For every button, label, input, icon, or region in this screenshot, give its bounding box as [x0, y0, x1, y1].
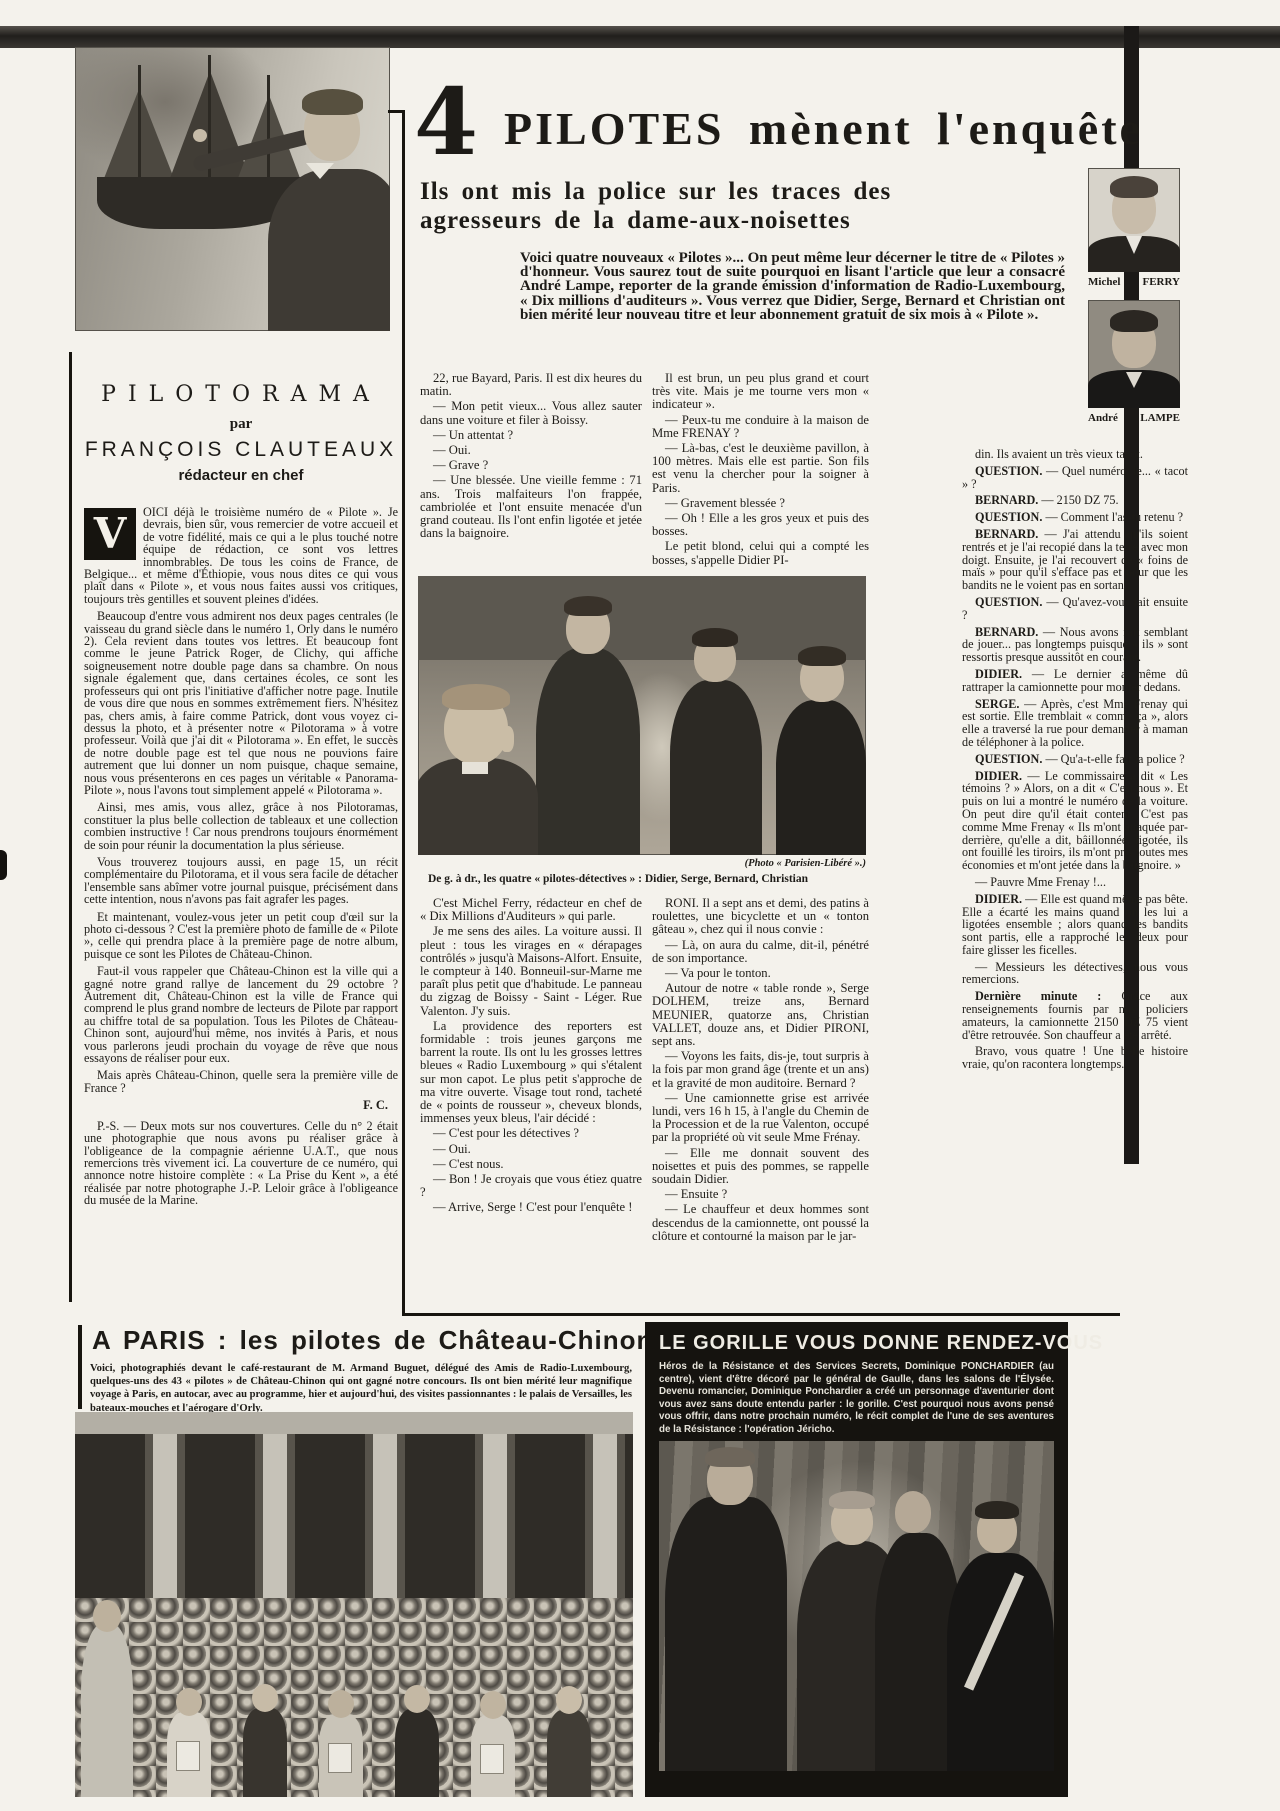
officer-figure — [947, 1553, 1054, 1771]
paragraph: — C'est pour les détectives ? — [420, 1127, 642, 1140]
article-subhead-line2: agresseurs de la dame-aux-noisettes — [420, 207, 851, 235]
hedge-band — [418, 576, 866, 660]
boy-hand — [193, 129, 207, 142]
paragraph: RONI. Il a sept ans et demi, des patins … — [652, 897, 869, 937]
speech-text: — Comment l'as-tu retenu ? — [1042, 510, 1183, 524]
andre-lampe-photo — [1088, 300, 1180, 408]
paragraph: — Ensuite ? — [652, 1188, 869, 1201]
boy-collar — [462, 762, 488, 774]
paragraph: — Arrive, Serge ! C'est pour l'enquête ! — [420, 1201, 642, 1214]
paragraph: — C'est nous. — [420, 1158, 642, 1171]
article-headline: 4 PILOTES mènent l'enquête — [414, 84, 1143, 160]
portrait-first-name: Michel — [1088, 276, 1120, 289]
boy-figure — [268, 169, 390, 331]
paragraph: — Mon petit vieux... Vous allez sauter d… — [420, 400, 642, 426]
speech-text: — Qu'a-t-elle fait la police ? — [1042, 752, 1184, 766]
paragraph: — Va pour le tonton. — [652, 967, 869, 980]
article-intro: Voici quatre nouveaux « Pilotes »... On … — [520, 251, 1065, 322]
degaulle-figure — [665, 1497, 787, 1771]
paragraph: — Oui. — [420, 444, 642, 457]
magazine — [177, 1742, 199, 1770]
paragraph: — Voyons les faits, dis-je, tout surpris… — [652, 1050, 869, 1090]
byline-prefix: par — [84, 416, 398, 433]
ponchardier-hair — [829, 1491, 875, 1509]
portrait-michel-ferry: Michel FERRY — [1088, 168, 1180, 289]
child-head — [328, 1690, 354, 1718]
boy-figure — [776, 700, 866, 855]
four-pilot-detectives-photo — [418, 576, 866, 855]
left-column-rule — [69, 352, 72, 1302]
paragraph: — Une camionnette grise est arrivée lund… — [652, 1092, 869, 1145]
qa-paragraph: QUESTION. — Quel numéro, le... « tacot »… — [962, 465, 1188, 491]
child-head — [480, 1691, 506, 1719]
article-interview-column: din. Ils avaient un très vieux tacot. QU… — [962, 448, 1188, 1075]
signature: F. C. — [84, 1099, 388, 1111]
boy-with-model-ship-photo — [75, 47, 390, 331]
article-column-b-bottom: RONI. Il a sept ans et demi, des patins … — [652, 897, 869, 1245]
postscript-paragraph: P.-S. — Deux mots sur nos couvertures. C… — [84, 1120, 398, 1207]
child-head — [252, 1684, 278, 1712]
gorille-caption: Héros de la Résistance et des Services S… — [659, 1361, 1054, 1437]
photo-credit: (Photo « Parisien-Libéré ».) — [610, 858, 866, 870]
qa-paragraph: DIDIER. — Le commissaire a dit « Les tém… — [962, 770, 1188, 872]
ship-mast — [267, 75, 270, 183]
paragraph: — Grave ? — [420, 459, 642, 472]
qa-paragraph: BERNARD. — 2150 DZ 75. — [962, 494, 1188, 507]
boy-hair-didier — [442, 684, 510, 710]
speaker-name: QUESTION. — [975, 595, 1042, 609]
child-figure — [243, 1708, 287, 1797]
paragraph: Vous trouverez toujours aussi, en page 1… — [84, 856, 398, 906]
qa-paragraph: QUESTION. — Comment l'as-tu retenu ? — [962, 511, 1188, 524]
portrait-caption: André LAMPE — [1088, 412, 1180, 425]
portrait-last-name: FERRY — [1142, 276, 1180, 289]
qa-paragraph: BERNARD. — Nous avons fait semblant de j… — [962, 626, 1188, 664]
magazine — [481, 1745, 503, 1773]
speaker-name: QUESTION. — [975, 752, 1042, 766]
paragraph: C'est Michel Ferry, rédacteur en chef de… — [420, 897, 642, 923]
pilotorama-paragraphs: Beaucoup d'entre vous admirent nos deux … — [84, 610, 398, 1094]
portrait-first-name: André — [1088, 412, 1118, 425]
magazine — [329, 1744, 351, 1772]
michel-ferry-photo — [1088, 168, 1180, 272]
paragraph: — Une blessée. Une vieille femme : 71 an… — [420, 474, 642, 540]
qa-paragraph: DIDIER. — Elle est quand même pas bête. … — [962, 893, 1188, 957]
paragraph: 22, rue Bayard, Paris. Il est dix heures… — [420, 372, 642, 398]
paragraph: — Le chauffeur et deux hommes sont desce… — [652, 1203, 869, 1243]
paragraph: — Oh ! Elle a les gros yeux et puis des … — [652, 512, 869, 538]
article-subhead-line1: Ils ont mis la police sur les traces des — [420, 178, 891, 206]
scan-edge-top — [0, 26, 1280, 48]
paragraph: — Là, on aura du calme, dit-il, pénétré … — [652, 939, 869, 965]
portrait-caption: Michel FERRY — [1088, 276, 1180, 289]
gorille-announcement-box: LE GORILLE VOUS DONNE RENDEZ-VOUS Héros … — [645, 1322, 1068, 1797]
photo-caption: De g. à dr., les quatre « pilotes-détect… — [428, 873, 868, 886]
paragraph: — Bon ! Je croyais que vous étiez quatre… — [420, 1173, 642, 1199]
qa-paragraph: SERGE. — Après, c'est Mme Frenay qui est… — [962, 698, 1188, 749]
boy-hair — [564, 596, 612, 616]
article-box-left-border — [402, 112, 405, 1316]
qa-paragraph: — Pauvre Mme Frenay !... — [962, 876, 1188, 889]
pilotorama-header: PILOTORAMA par FRANÇOIS CLAUTEAUX rédact… — [84, 382, 398, 484]
gorille-ceremony-photo — [659, 1441, 1054, 1771]
paragraph: Mais après Château-Chinon, quelle sera l… — [84, 1069, 398, 1094]
article-column-a-bottom: C'est Michel Ferry, rédacteur en chef de… — [420, 897, 642, 1217]
speech-text: — 2150 DZ 75. — [1038, 493, 1118, 507]
paragraph: — Gravement blessée ? — [652, 497, 869, 510]
article-column-b-top: Il est brun, un peu plus grand et court … — [652, 372, 869, 569]
chateau-chinon-group-photo — [75, 1412, 633, 1797]
qa-paragraph: Dernière minute : Grâce aux renseignemen… — [962, 990, 1188, 1041]
child-head — [176, 1688, 202, 1716]
speech-text: — Pauvre Mme Frenay !... — [975, 875, 1106, 889]
pilotorama-body: VOICI déjà le troisième numéro de « Pilo… — [84, 506, 398, 1212]
qa-paragraph: — Messieurs les détectives, nous vous re… — [962, 961, 1188, 987]
boy-hair — [692, 628, 738, 647]
bottom-left-rule — [78, 1325, 82, 1409]
dropcap-v: V — [84, 508, 136, 560]
child-figure — [547, 1710, 591, 1797]
portrait-last-name: LAMPE — [1140, 412, 1180, 425]
author-name: FRANÇOIS CLAUTEAUX — [84, 438, 398, 462]
paragraph: — Peux-tu me conduire à la maison de Mme… — [652, 414, 869, 440]
speech-text: din. Ils avaient un très vieux tacot. — [975, 447, 1143, 461]
speech-text: Bravo, vous quatre ! Une belle histoire … — [962, 1044, 1188, 1071]
speaker-name: QUESTION. — [975, 464, 1042, 478]
storefront-sign-band — [75, 1412, 633, 1434]
degaulle-hair — [705, 1447, 755, 1467]
article-box-top-tick — [388, 110, 405, 113]
qa-paragraph: din. Ils avaient un très vieux tacot. — [962, 448, 1188, 461]
gorille-title: LE GORILLE VOUS DONNE RENDEZ-VOUS — [645, 1322, 1068, 1357]
qa-paragraph: BERNARD. — J'ai attendu qu'ils soient re… — [962, 528, 1188, 592]
speech-text: — Messieurs les détectives, nous vous re… — [962, 960, 1188, 987]
paragraph: La providence des reporters est formidab… — [420, 1020, 642, 1126]
paragraph: Je me sens des ailes. La voiture aussi. … — [420, 925, 642, 1017]
child-head — [556, 1686, 582, 1714]
paragraph: Faut-il vous rappeler que Château-Chinon… — [84, 965, 398, 1064]
boy-hair — [302, 89, 363, 115]
speaker-name: QUESTION. — [975, 510, 1042, 524]
lead-paragraph: VOICI déjà le troisième numéro de « Pilo… — [84, 506, 398, 605]
paragraph: Ainsi, mes amis, vous allez, grâce à nos… — [84, 801, 398, 851]
article-box-bottom-border — [402, 1313, 1120, 1316]
portrait-hair — [1110, 176, 1158, 198]
adult-head — [93, 1600, 121, 1632]
paragraph: — Elle me donnait souvent des noisettes … — [652, 1147, 869, 1187]
child-head — [404, 1685, 430, 1713]
officer-hair — [975, 1501, 1019, 1519]
paragraph: — Là-bas, c'est le deuxième pavillon, à … — [652, 442, 869, 495]
paragraph: Et maintenant, voulez-vous jeter un peti… — [84, 911, 398, 961]
paragraph: — Oui. — [420, 1143, 642, 1156]
didier-hand — [500, 726, 514, 752]
boy-figure — [536, 648, 640, 855]
article-column-a-top: 22, rue Bayard, Paris. Il est dix heures… — [420, 372, 642, 542]
paragraph: Il est brun, un peu plus grand et court … — [652, 372, 869, 412]
pilotorama-title: PILOTORAMA — [84, 382, 398, 408]
paragraph: Autour de notre « table ronde », Serge D… — [652, 982, 869, 1048]
paragraph: — Un attentat ? — [420, 429, 642, 442]
paragraph: Le petit blond, celui qui a compté les b… — [652, 540, 869, 566]
storefront-facade — [75, 1412, 633, 1620]
speaker-name: BERNARD. — [975, 493, 1038, 507]
child-figure — [395, 1709, 439, 1797]
qa-paragraph: QUESTION. — Qu'a-t-elle fait la police ? — [962, 753, 1188, 766]
ship-mast — [138, 65, 141, 181]
newspaper-page: PILOTORAMA par FRANÇOIS CLAUTEAUX rédact… — [0, 0, 1280, 1811]
speech-text: — Le commissaire a dit « Les témoins ? »… — [962, 769, 1188, 873]
portrait-andre-lampe: André LAMPE — [1088, 300, 1180, 425]
author-role: rédacteur en chef — [84, 467, 398, 484]
adult-figure — [81, 1624, 133, 1797]
portrait-hair — [1110, 310, 1158, 332]
qa-paragraph: Bravo, vous quatre ! Une belle histoire … — [962, 1045, 1188, 1071]
scan-blot-left — [0, 850, 7, 880]
qa-paragraph: QUESTION. — Qu'avez-vous fait ensuite ? — [962, 596, 1188, 622]
boy-figure — [670, 680, 762, 855]
headline-number: 4 — [414, 84, 478, 160]
a-paris-caption: Voici, photographiés devant le café-rest… — [90, 1362, 632, 1415]
qa-paragraph: DIDIER. — Le dernier a même dû rattraper… — [962, 668, 1188, 694]
a-paris-headline: A PARIS : les pilotes de Château-Chinon — [92, 1325, 632, 1355]
background-man-head — [895, 1491, 931, 1533]
headline-text: PILOTES mènent l'enquête — [504, 84, 1143, 152]
boy-hair — [798, 646, 846, 666]
paragraph: Beaucoup d'entre vous admirent nos deux … — [84, 610, 398, 796]
